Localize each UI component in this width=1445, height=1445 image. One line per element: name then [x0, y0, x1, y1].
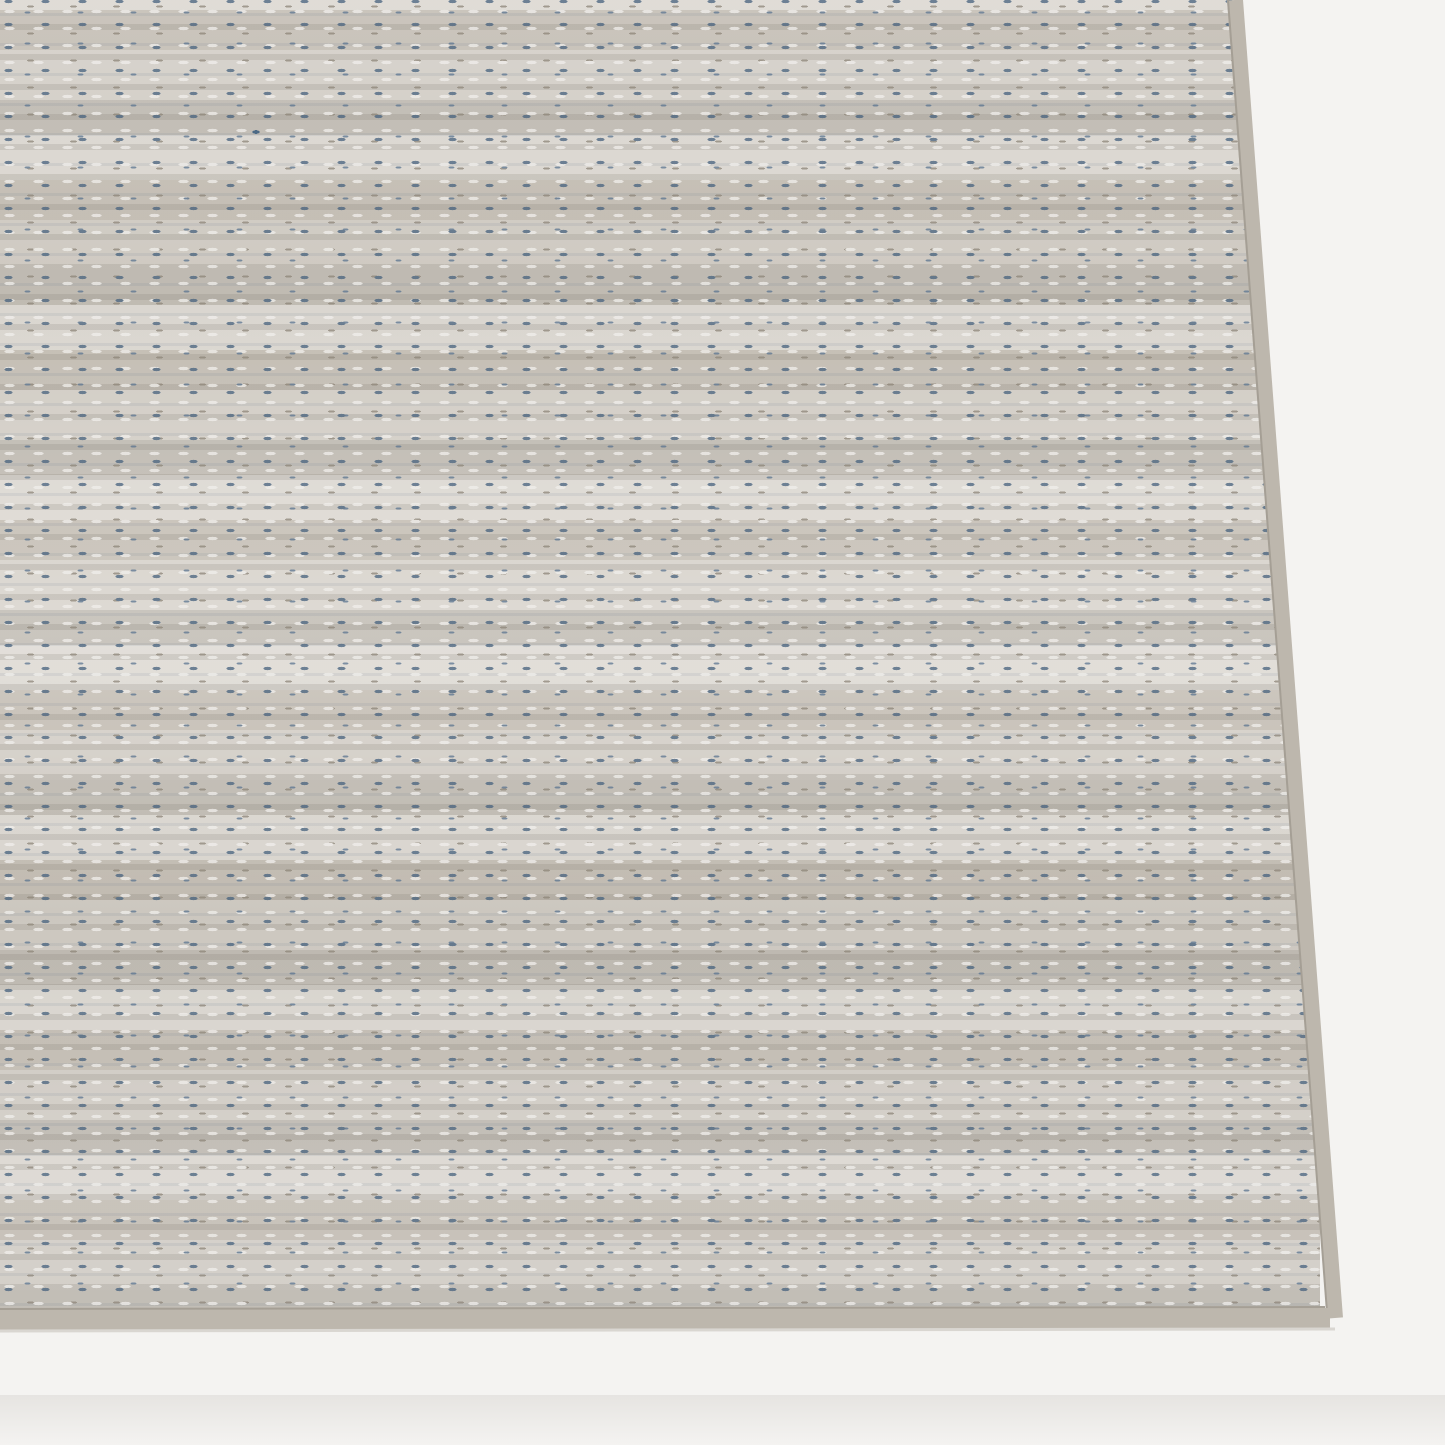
- floor-background: [0, 1395, 1445, 1445]
- rug-surface: [0, 0, 1320, 1410]
- product-photo: [0, 0, 1445, 1445]
- rug-pattern-specks: [0, 0, 1320, 1410]
